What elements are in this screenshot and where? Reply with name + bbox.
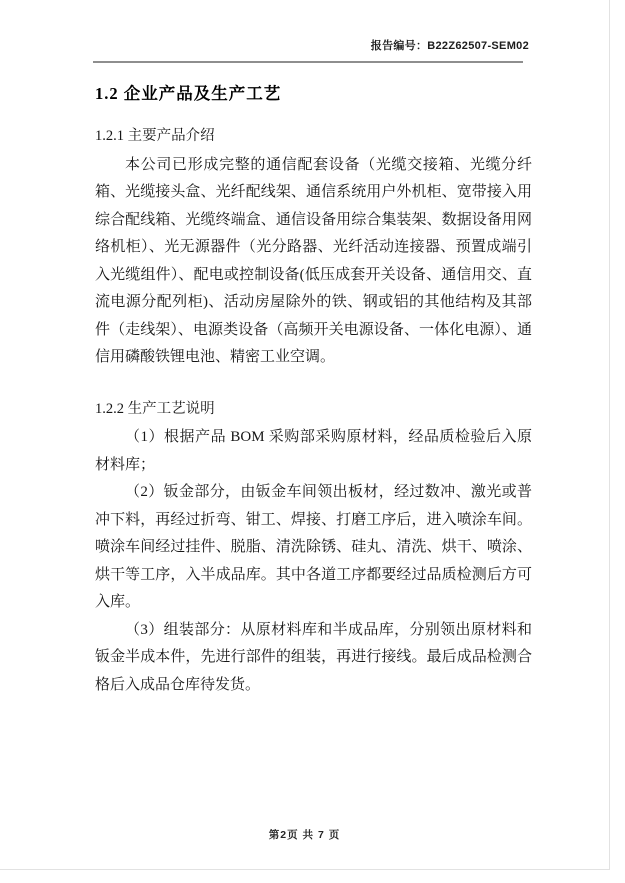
paragraph-process-step-2: （2）钣金部分，由钣金车间领出板材，经过数冲、激光或普冲下料，再经过折弯、钳工、… [95, 479, 532, 617]
page-number-footer: 第2页 共 7 页 [0, 827, 609, 842]
header-rule [93, 61, 523, 63]
paragraph-process-step-1: （1）根据产品 BOM 采购部采购原材料，经品质检验后入原材料库； [95, 424, 532, 479]
paragraph-products-intro: 本公司已形成完整的通信配套设备（光缆交接箱、光缆分纤箱、光缆接头盒、光纤配线架、… [95, 152, 532, 372]
paragraph-process-step-3: （3）组装部分：从原材料库和半成品库，分别领出原材料和钣金半成本件，先进行部件的… [95, 617, 532, 700]
page-title: 1.2 企业产品及生产工艺 [95, 84, 532, 104]
document-page: 报告编号：B22Z62507-SEM02 1.2 企业产品及生产工艺 1.2.1… [0, 0, 610, 870]
section-heading-products: 1.2.1 主要产品介绍 [95, 123, 532, 151]
section-heading-process: 1.2.2 生产工艺说明 [95, 396, 532, 424]
page-content: 1.2 企业产品及生产工艺 1.2.1 主要产品介绍 本公司已形成完整的通信配套… [95, 84, 532, 699]
report-number: 报告编号：B22Z62507-SEM02 [0, 0, 609, 53]
